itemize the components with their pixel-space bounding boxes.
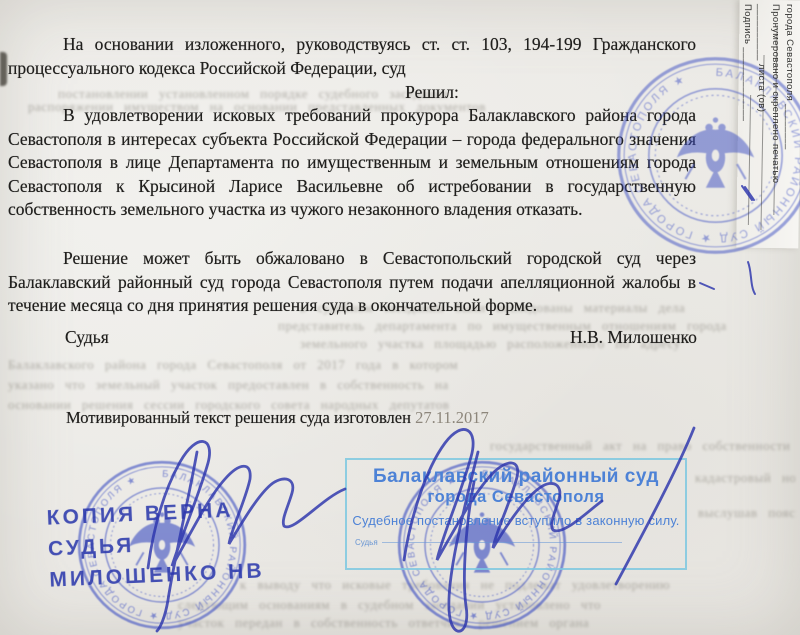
bleedthrough-text: государственный акт на право собственнос… [490, 438, 790, 454]
scanned-court-decision-page: постановлении установленном порядке суде… [0, 0, 800, 635]
motivated-text-line: Мотивированный текст решения суда изгото… [66, 408, 489, 428]
legal-force-stamp-judge-line: Судья [355, 538, 685, 547]
paragraph-legal-basis: На основании изложенного, руководствуясь… [8, 33, 696, 80]
paragraph-decision: В удовлетворении исковых требований прок… [8, 104, 696, 222]
bleedthrough-text: указано что земельный участок предоставл… [8, 377, 568, 393]
pen-mark-strip [748, 262, 755, 294]
bleedthrough-text: кадастровый номер участка при рассмотрен… [695, 470, 795, 486]
bleedthrough-text: земельного участка площадью расположенно… [300, 336, 780, 352]
bleedthrough-text: выслушав пояснения сторон исследовав мат… [698, 505, 796, 521]
scan-edge-smudge [0, 52, 7, 86]
bleedthrough-text: Балаклавского района города Севастополя … [8, 357, 568, 373]
pen-mark-strip [700, 283, 714, 289]
paragraph-appeal: Решение может быть обжаловано в Севастоп… [8, 247, 696, 318]
motivated-text: Мотивированный текст решения суда изгото… [66, 408, 411, 427]
legal-force-stamp: Балаклавский районный суд города Севасто… [345, 458, 687, 570]
motivated-date: 27.11.2017 [415, 408, 489, 427]
binding-label: города Севастополя ________ Пронумерован… [741, 4, 797, 244]
binding-label-numbered: Пронумеровано и скреплено печатью [769, 4, 782, 244]
judge-name: Н.В. Милошенко [570, 327, 697, 348]
bleedthrough-text: представитель департамента по имуществен… [278, 318, 778, 334]
legal-force-stamp-statement: Судебное постановление вступило в законн… [347, 513, 685, 528]
legal-force-stamp-city: города Севастополя [347, 488, 685, 507]
copy-verified-stamp: КОПИЯ ВЕРНА СУДЬЯ МИЛОШЕНКО НВ [46, 493, 265, 595]
binding-label-city: города Севастополя ________ [783, 4, 796, 244]
binding-label-signature: Подпись _____________ [741, 4, 754, 244]
binding-label-sheets: __________ листа (ов) [755, 4, 768, 244]
legal-force-stamp-rule [382, 542, 622, 543]
legal-force-stamp-court: Балаклавский районный суд [347, 466, 685, 488]
judge-label: Судья [65, 327, 109, 348]
legal-force-stamp-judge-label: Судья [355, 538, 378, 547]
